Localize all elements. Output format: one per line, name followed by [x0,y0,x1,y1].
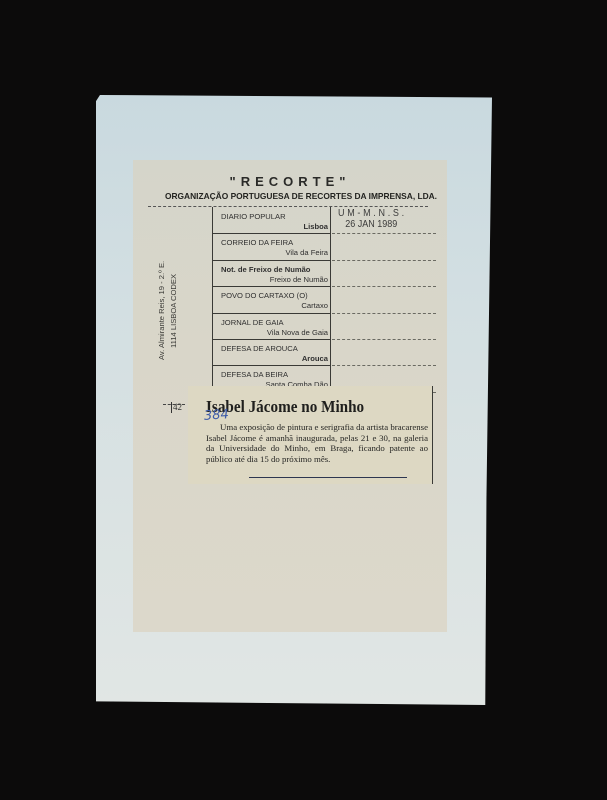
publication-row: DIARIO POPULAR Lisboa [213,208,330,234]
card-subtitle: ORGANIZAÇÃO PORTUGUESA DE RECORTES DA IM… [155,191,447,201]
clipping-headline: Isabel Jácome no Minho [206,397,364,417]
newspaper-clipping: Isabel Jácome no Minho 384 Uma exposição… [188,386,433,484]
stamp-slot [332,340,436,366]
publication-name: JORNAL DE GAIA [221,318,284,327]
publication-city: Arouca [302,354,328,363]
publication-row: JORNAL DE GAIA Vila Nova de Gaia [213,314,330,340]
publication-name: Not. de Freixo de Numão [221,265,310,274]
stamp-slot [332,314,436,340]
publication-row: CORREIO DA FEIRA Vila da Feira [213,234,330,260]
publication-city: Freixo de Numão [270,275,328,284]
publication-name: DIARIO POPULAR [221,212,286,221]
publication-row: POVO DO CARTAXO (O) Cartaxo [213,287,330,313]
header-rule [148,206,428,207]
clipping-underline [249,477,407,478]
stamp-slot [332,234,436,260]
address-line-2: 1114 LISBOA CODEX [168,261,180,360]
stamp-slot [332,287,436,313]
publication-city: Vila da Feira [286,248,329,257]
publication-name: POVO DO CARTAXO (O) [221,291,308,300]
stamp-source: UM-M.N.S. [338,208,407,219]
publication-list: DIARIO POPULAR Lisboa CORREIO DA FEIRA V… [213,208,330,392]
date-stamp: UM-M.N.S. 26 JAN 1989 [338,208,407,230]
stamp-slot [332,261,436,287]
stamp-date: 26 JAN 1989 [338,219,407,230]
publication-name: DEFESA DE AROUCA [221,344,298,353]
page-number: 42 [173,402,182,412]
publication-city: Vila Nova de Gaia [267,328,328,337]
publication-city: Cartaxo [301,301,328,310]
clipping-card: "RECORTE" ORGANIZAÇÃO PORTUGUESA DE RECO… [133,160,447,632]
card-title: "RECORTE" [133,174,447,189]
publication-name: CORREIO DA FEIRA [221,238,293,247]
publication-name: DEFESA DA BEIRA [221,370,288,379]
clipping-body: Uma exposição de pintura e serigrafia da… [206,422,428,464]
address-block: Av. Almirante Reis, 19 - 2.º E. 1114 LIS… [156,261,180,360]
stamp-slots [332,208,436,393]
column-divider [330,207,331,387]
publication-city: Lisboa [304,222,328,231]
address-line-1: Av. Almirante Reis, 19 - 2.º E. [156,261,168,360]
publication-row: Not. de Freixo de Numão Freixo de Numão [213,261,330,287]
publication-row: DEFESA DE AROUCA Arouca [213,340,330,366]
